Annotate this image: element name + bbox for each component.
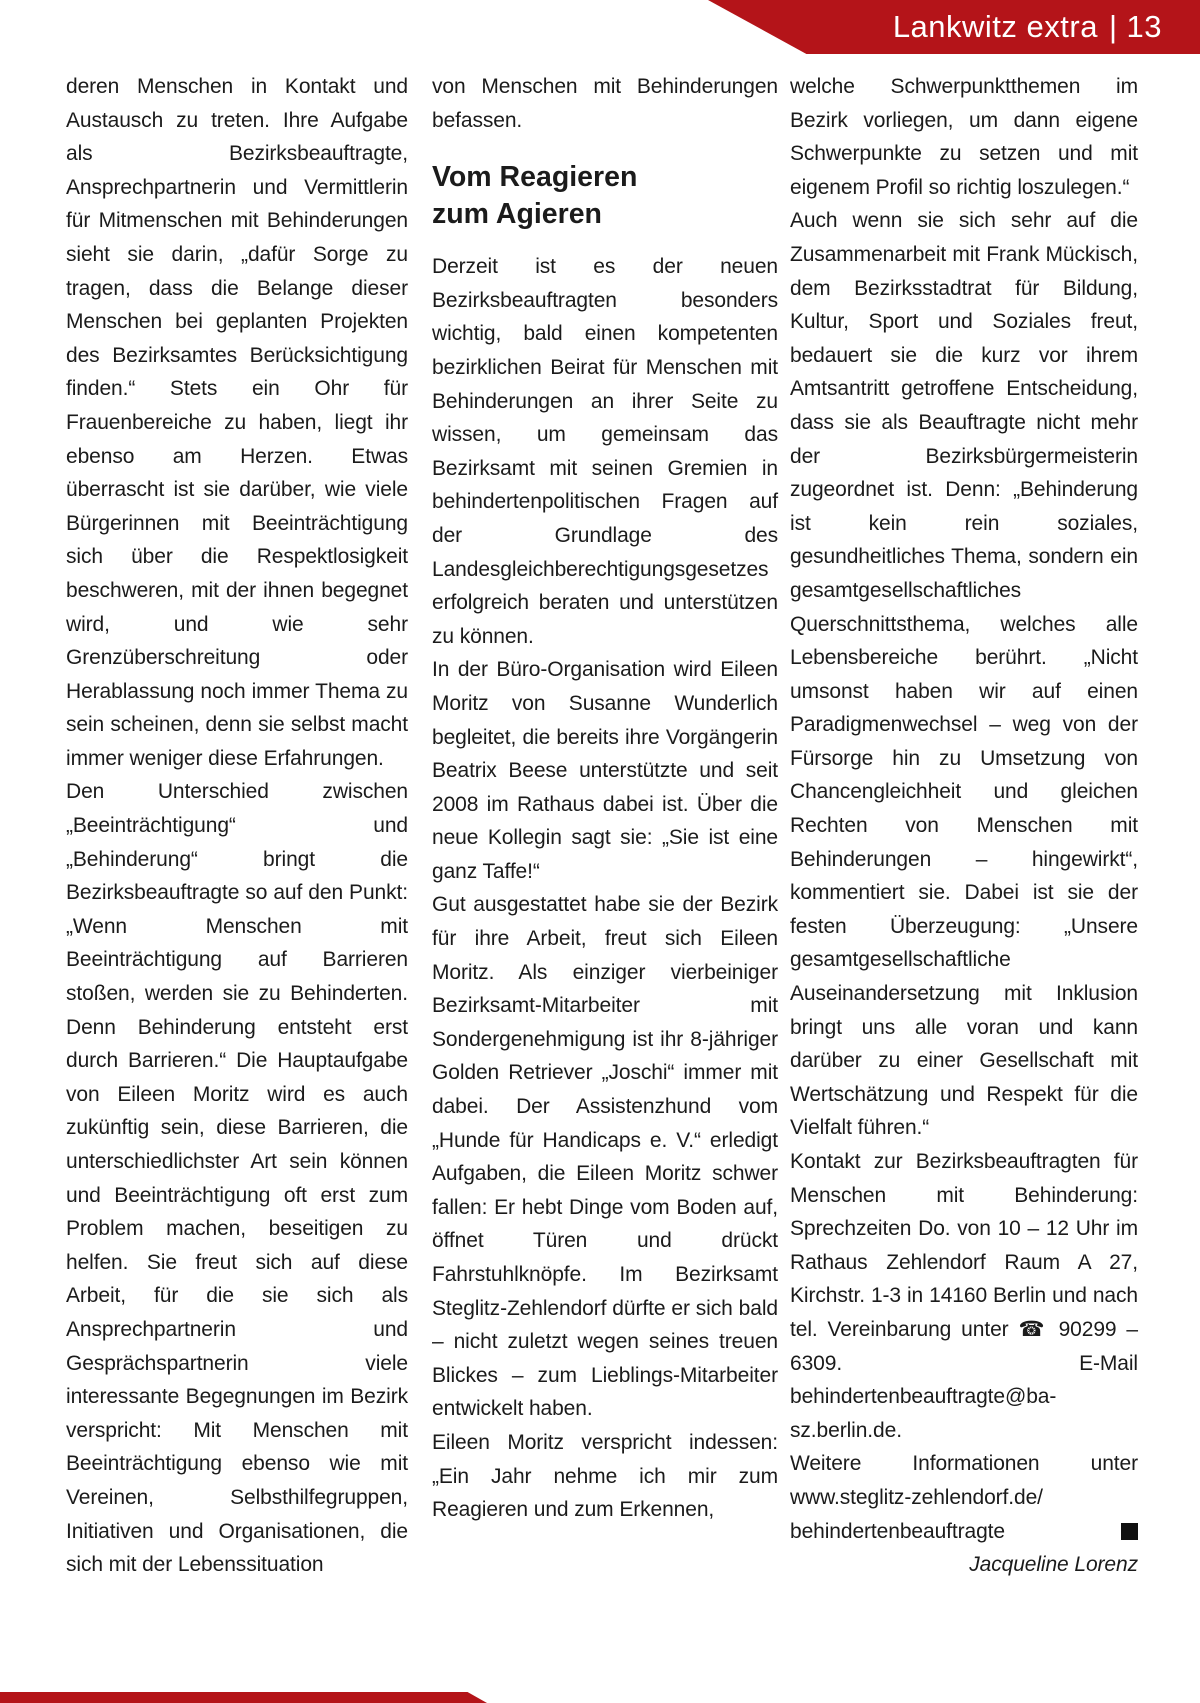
end-of-article-marker [1121,1523,1138,1540]
banner-brand: Lankwitz extra [893,9,1098,45]
article-paragraph: deren Menschen in Kontakt und Austausch … [66,70,408,775]
article-paragraph: Den Unterschied zwischen „Beeinträchtigu… [66,775,408,1581]
article-paragraph: Eileen Moritz verspricht indessen: „Ein … [432,1426,778,1527]
footer-accent-bar [0,1692,487,1703]
banner-separator: | [1109,9,1118,45]
article-column-1: deren Menschen in Kontakt und Austausch … [66,70,408,1582]
article-column-2: von Menschen mit Behinderungen befassen.… [432,70,778,1527]
banner-page-number: 13 [1127,9,1162,45]
article-paragraph: behindertenbeauftragte [790,1515,1005,1549]
article-column-3: welche Schwerpunktthemen im Bezirk vorli… [790,70,1138,1582]
header-banner: Lankwitz extra | 13 [708,0,1200,54]
article-paragraph: Derzeit ist es der neuen Bezirksbeauftra… [432,250,778,653]
article-subheading: Vom Reagieren zum Agieren [432,159,778,233]
subheading-line-2: zum Agieren [432,196,778,233]
article-last-line: behindertenbeauftragte [790,1515,1138,1549]
article-paragraph: Gut ausgestattet habe sie der Bezirk für… [432,888,778,1426]
article-paragraph: Auch wenn sie sich sehr auf die Zusammen… [790,204,1138,1145]
article-paragraph: In der Büro-Organisation wird Eileen Mor… [432,653,778,888]
article-paragraph: von Menschen mit Behinderungen befassen. [432,70,778,137]
article-paragraph: welche Schwerpunktthemen im Bezirk vorli… [790,70,1138,204]
subheading-line-1: Vom Reagieren [432,159,778,196]
article-paragraph: Weitere Informationen unter www.steglitz… [790,1447,1138,1514]
article-paragraph: Kontakt zur Bezirksbeauftragten für Mens… [790,1145,1138,1447]
author-byline: Jacqueline Lorenz [790,1548,1138,1582]
newspaper-page: Lankwitz extra | 13 deren Menschen in Ko… [0,0,1200,1703]
